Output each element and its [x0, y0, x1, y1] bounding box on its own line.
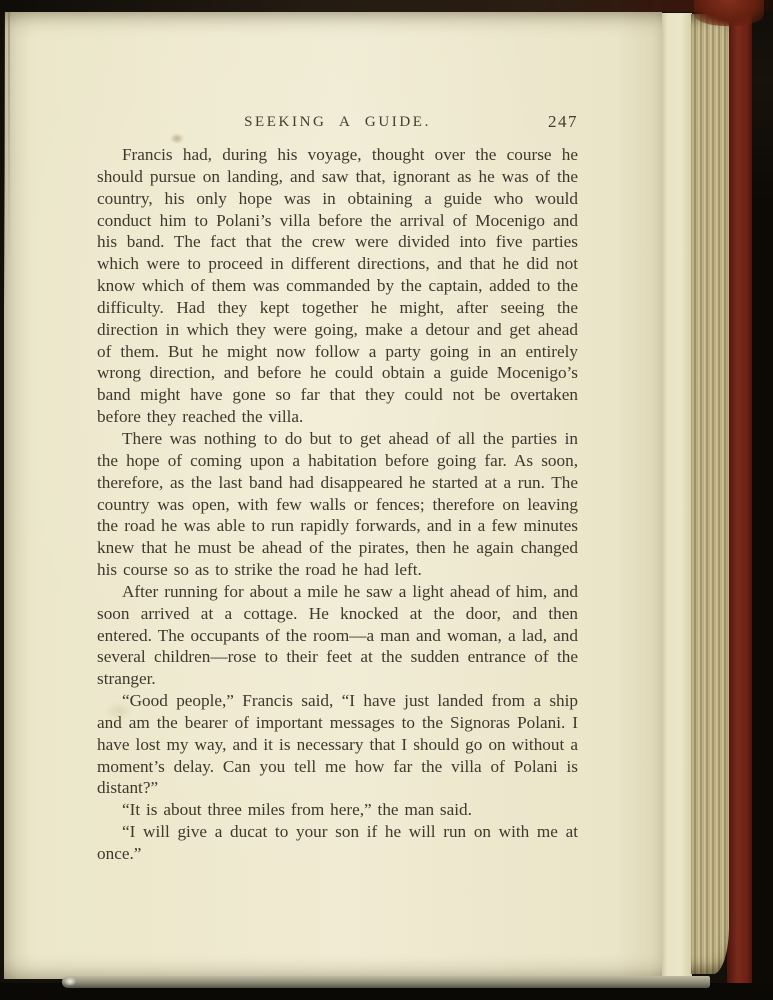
book-scan: SEEKING A GUIDE. 247 Francis had, during… [0, 0, 773, 1000]
next-page-edge [660, 13, 692, 977]
book-cover-edge [727, 0, 754, 992]
paragraph-5: “It is about three miles from here,” the… [97, 799, 578, 821]
paragraph-2: There was nothing to do but to get ahead… [97, 428, 578, 581]
running-header: SEEKING A GUIDE. 247 [97, 111, 578, 133]
left-page-edge-shadow [0, 0, 5, 310]
paragraph-1: Francis had, during his voyage, thought … [97, 144, 578, 428]
page-number: 247 [548, 112, 578, 132]
paragraph-3: After running for about a mile he saw a … [97, 581, 578, 690]
cradle-highlight [64, 977, 76, 986]
top-shadow-strip [0, 0, 773, 12]
book-page: SEEKING A GUIDE. 247 Francis had, during… [4, 11, 662, 979]
paragraph-4: “Good people,” Francis said, “I have jus… [97, 690, 578, 799]
cover-top-corner [694, 0, 764, 26]
scanner-background [752, 0, 773, 1000]
book-cradle-bar [62, 976, 710, 988]
header-title: SEEKING A GUIDE. [97, 114, 578, 131]
page-text: Francis had, during his voyage, thought … [97, 144, 578, 865]
page-fore-edge [691, 14, 729, 974]
paragraph-6: “I will give a ducat to your son if he w… [97, 821, 578, 865]
left-page-crease [8, 12, 10, 262]
